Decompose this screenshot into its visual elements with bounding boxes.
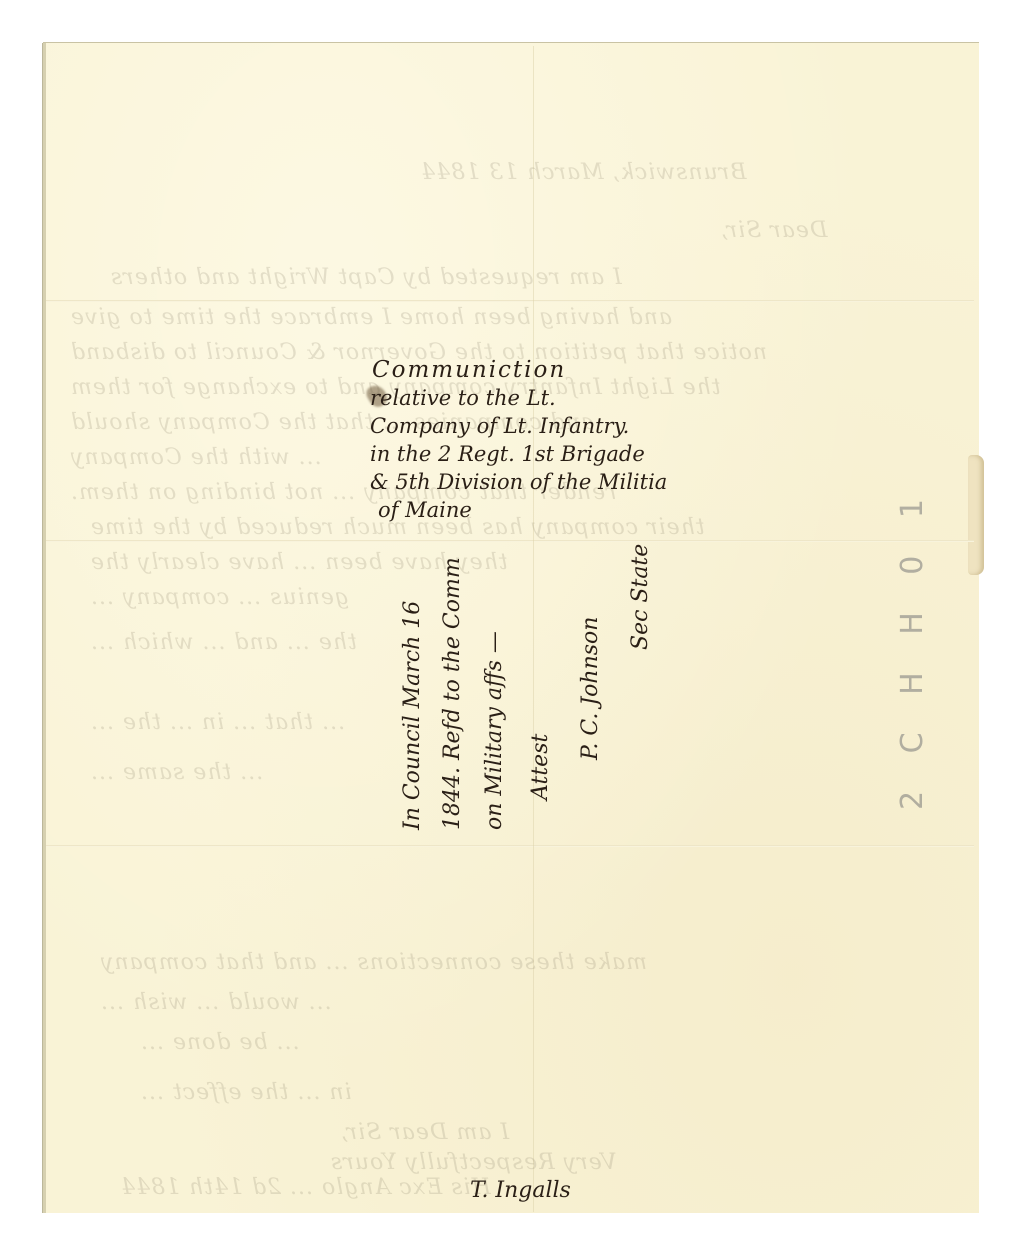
docket-line-5: & 5th Division of the Militia — [370, 468, 667, 496]
docket-line-3: Company of Lt. Infantry. — [370, 412, 629, 440]
endorsement-line-5: P. C. Johnson — [578, 617, 603, 760]
torn-edge — [968, 455, 984, 575]
bleed-through-line: His Exc Anglo ... 2d 14th 1844 — [120, 1175, 491, 1200]
bleed-through-line: the ... and ... which ... — [90, 630, 357, 655]
docket-line-4: in the 2 Regt. 1st Brigade — [370, 440, 645, 468]
pencil-note: 2 C H H 0 1 — [895, 485, 930, 810]
docket-line-6: of Maine — [378, 496, 472, 524]
bleed-through-line: and having been home I embrace the time … — [70, 305, 672, 330]
endorsement-line-3: on Military affs — — [482, 631, 507, 830]
bleed-through-line: ... be done ... — [140, 1030, 300, 1055]
bleed-through-line: ... the same ... — [90, 760, 263, 785]
bleed-through-line: I am Dear Sir, — [340, 1120, 509, 1145]
bleed-through-line: in ... the effect ... — [140, 1080, 352, 1105]
bleed-through-line: ... with the Company — [70, 445, 322, 470]
bleed-through-line: Dear Sir, — [720, 218, 827, 243]
signature: T. Ingalls — [470, 1178, 571, 1203]
endorsement-line-2: 1844. Refd to the Comm — [440, 557, 465, 830]
fold-line — [46, 845, 974, 847]
bleed-through-line: I am requested by Capt Wright and others — [110, 265, 622, 290]
endorsement-line-1: In Council March 16 — [400, 601, 425, 830]
bleed-through-line: Brunswick, March 13 1844 — [420, 160, 746, 185]
bleed-through-line: genius ... company ... — [90, 585, 349, 610]
fold-line — [46, 300, 974, 302]
bleed-through-line: make these connections ... and that comp… — [100, 950, 647, 975]
docket-line-2: relative to the Lt. — [370, 384, 556, 412]
fold-line — [46, 540, 974, 542]
docket-line-1: Communiction — [372, 356, 566, 384]
bleed-through-line: ... that ... in ... the ... — [90, 710, 345, 735]
fold-line-vertical — [533, 46, 534, 1212]
bleed-through-line: ... would ... wish ... — [100, 990, 332, 1015]
endorsement-line-6: Sec State — [628, 544, 653, 650]
endorsement-line-4: Attest — [528, 734, 553, 800]
bleed-through-line: Very Respectfully Yours — [330, 1150, 617, 1175]
